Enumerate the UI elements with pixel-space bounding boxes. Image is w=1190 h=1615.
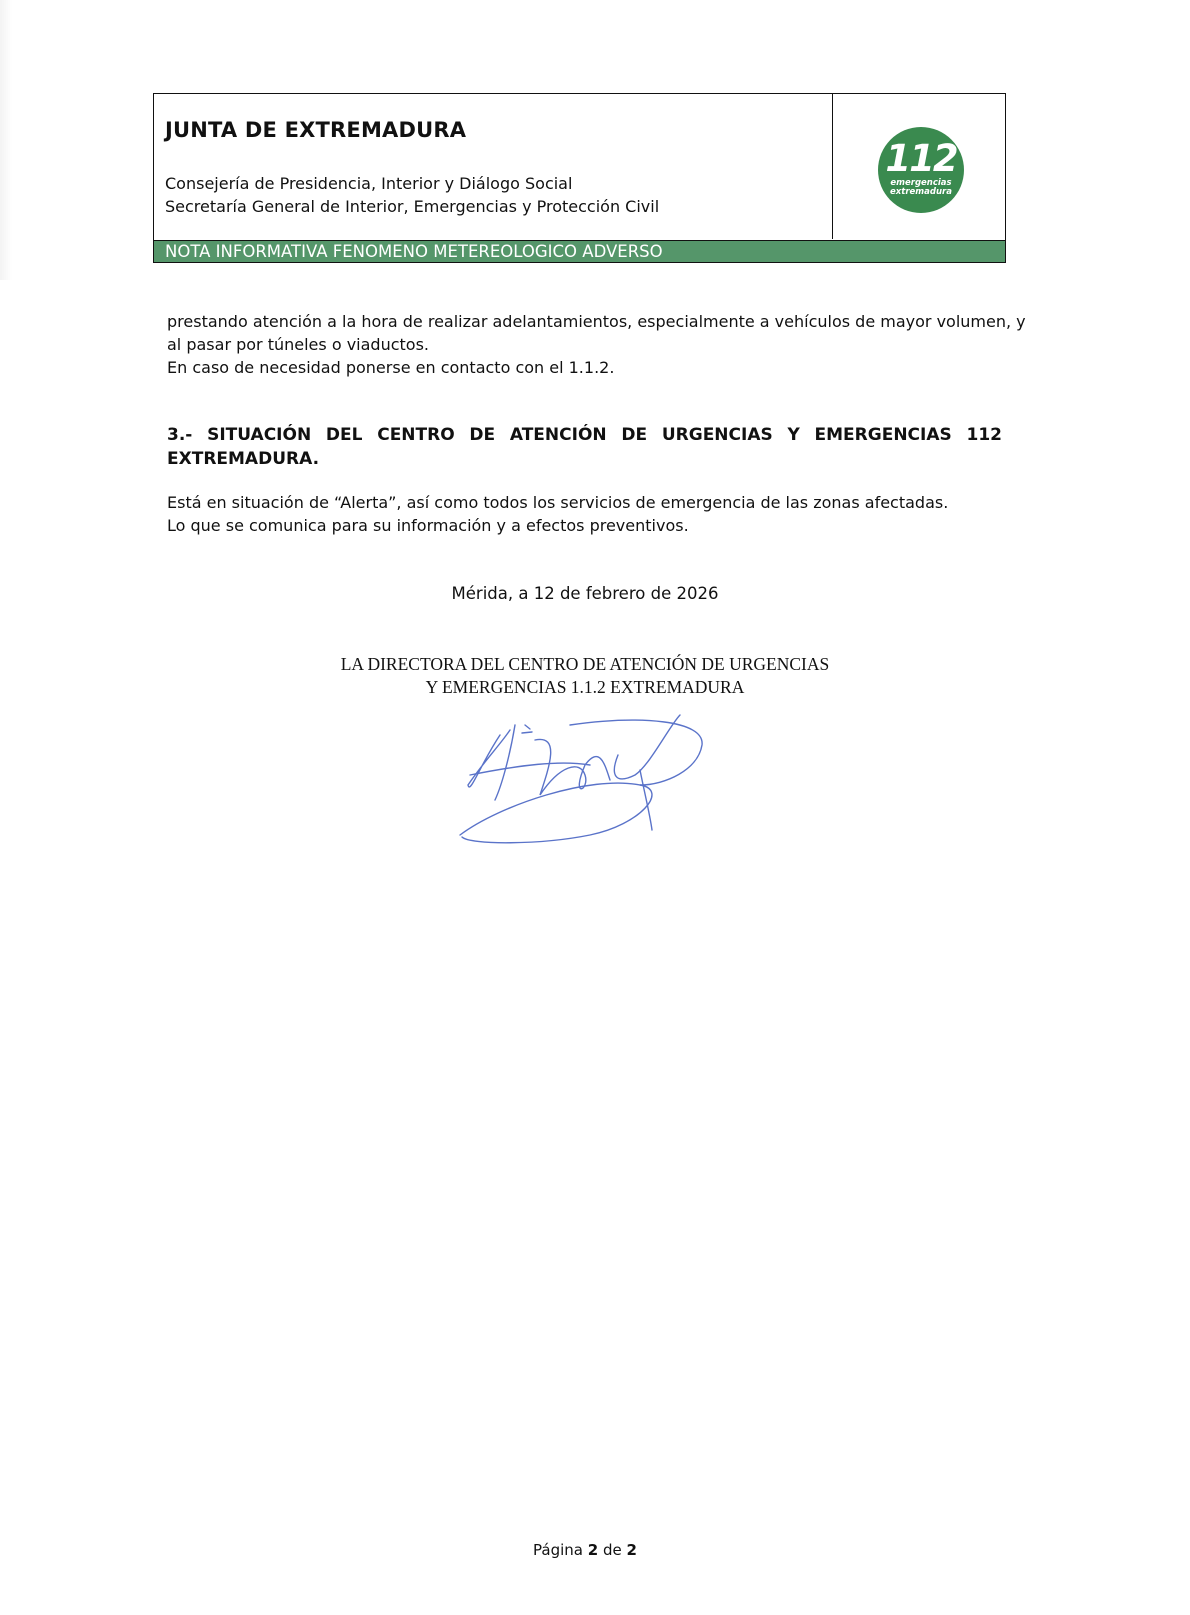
department-name: Consejería de Presidencia, Interior y Di… bbox=[165, 174, 572, 193]
header-text-cell: JUNTA DE EXTREMADURA Consejería de Presi… bbox=[154, 94, 833, 239]
body-text-line: Está en situación de “Alerta”, así como … bbox=[167, 493, 948, 512]
emergencias-112-logo-icon: 112 emergencias extremadura bbox=[878, 127, 964, 213]
body-text-line: En caso de necesidad ponerse en contacto… bbox=[167, 358, 614, 377]
document-header: JUNTA DE EXTREMADURA Consejería de Presi… bbox=[153, 93, 1006, 263]
organization-title: JUNTA DE EXTREMADURA bbox=[165, 118, 466, 142]
section-3-heading: 3.- SITUACIÓN DEL CENTRO DE ATENCIÓN DE … bbox=[167, 423, 1002, 471]
document-type-band: NOTA INFORMATIVA FENOMENO METEREOLOGICO … bbox=[154, 240, 1005, 262]
handwritten-signature-icon bbox=[440, 705, 730, 865]
signatory-title: LA DIRECTORA DEL CENTRO DE ATENCIÓN DE U… bbox=[0, 653, 1170, 699]
secretariat-name: Secretaría General de Interior, Emergenc… bbox=[165, 197, 659, 216]
body-text-line: al pasar por túneles o viaductos. bbox=[167, 335, 429, 354]
body-text-line: Lo que se comunica para su información y… bbox=[167, 516, 689, 535]
body-text-line: prestando atención a la hora de realizar… bbox=[167, 312, 1026, 331]
page-edge-shadow bbox=[0, 0, 12, 280]
page-number: Página 2 de 2 bbox=[0, 1541, 1170, 1559]
date-line: Mérida, a 12 de febrero de 2026 bbox=[0, 584, 1170, 603]
header-logo-cell: 112 emergencias extremadura bbox=[833, 94, 1005, 239]
